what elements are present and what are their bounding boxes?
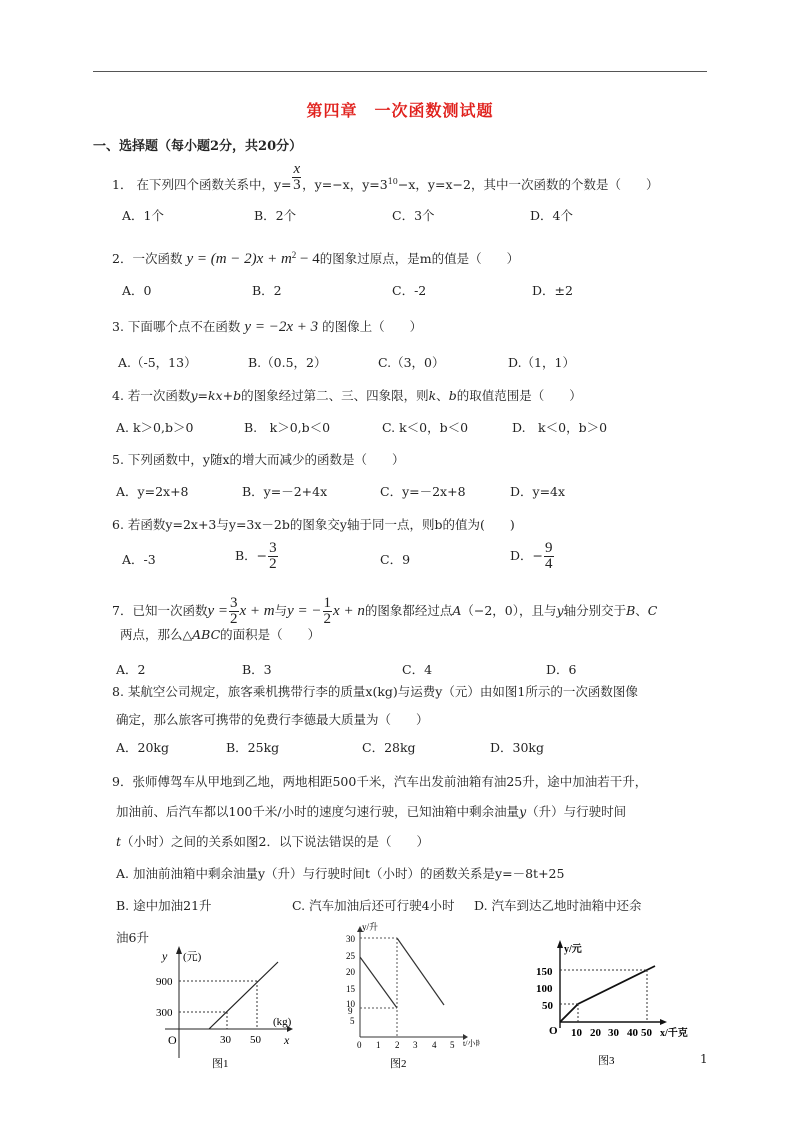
question-text: 的面积是（ ）	[220, 627, 320, 642]
question-text: 的取值范围是（ ）	[457, 388, 582, 403]
option-b[interactable]: B．3	[242, 662, 272, 678]
option-d[interactable]: D．6	[546, 662, 576, 678]
question-9: 9．张师傅驾车从甲地到乙地，两地相距500千米，汽车出发前油箱有油25升，途中加…	[112, 774, 647, 790]
y-tick: 15	[346, 984, 356, 994]
question-text: 若函数y=2x+3与y=3x－2b的图象交y轴于同一点，则b的值为( )	[128, 517, 515, 532]
option-d[interactable]: D．4个	[530, 208, 573, 224]
x-tick: 1	[376, 1040, 381, 1050]
question-number: 4.	[112, 388, 124, 403]
question-text: （−2，0），且与	[461, 603, 556, 618]
x-tick: 5	[450, 1040, 455, 1050]
option-b[interactable]: B．2个	[254, 208, 296, 224]
question-6: 6. 若函数y=2x+3与y=3x－2b的图象交y轴于同一点，则b的值为( )	[112, 517, 515, 533]
question-text: 一次函数	[132, 251, 182, 266]
variable: y	[557, 603, 564, 618]
page-number: 1	[700, 1052, 708, 1066]
question-5: 5. 下列函数中，y随x的增大而减少的函数是（ ）	[112, 452, 405, 468]
option-c[interactable]: C. 汽车加油后还可行驶4小时	[292, 898, 455, 914]
y-tick: 30	[346, 934, 356, 944]
question-number: 6.	[112, 517, 124, 532]
option-a[interactable]: A．-3	[122, 552, 156, 568]
figure-1-chart: y (元) 900 300 O 30 50 (kg) x 图1	[140, 940, 310, 1070]
y-tick: 25	[346, 951, 356, 961]
option-b[interactable]: B. k＞0,b＜0	[244, 420, 330, 436]
option-d[interactable]: D．±2	[532, 283, 573, 299]
variable: B	[626, 603, 635, 618]
question-number: 9．	[112, 774, 132, 789]
formula: y = (m − 2)x + m	[186, 251, 291, 267]
option-a[interactable]: A.（-5，13）	[118, 355, 197, 371]
x-axis-label: x/千克	[660, 1026, 688, 1039]
numerator: 9	[544, 541, 554, 557]
question-number: 7．	[112, 603, 132, 618]
fraction: 12	[323, 596, 333, 627]
question-9-line2: 加油前、后汽车都以100千米/小时的速度匀速行驶，已知油箱中剩余油量y（升）与行…	[116, 804, 626, 820]
variable: ABC	[192, 627, 220, 642]
formula: y = −2x + 3	[244, 319, 318, 335]
option-label: B．−	[235, 548, 267, 563]
variable: b	[449, 388, 457, 403]
option-b[interactable]: B．2	[252, 283, 282, 299]
x-axis-label: x	[283, 1033, 290, 1047]
option-d[interactable]: D. k＜0，b＞0	[512, 420, 607, 436]
option-b[interactable]: B. 途中加油21升	[116, 898, 212, 914]
option-c[interactable]: C．9	[380, 552, 410, 568]
option-a[interactable]: A. 加油前油箱中剩余油量y（升）与行驶时间t（小时）的函数关系是y=－8t+2…	[116, 866, 564, 882]
option-c[interactable]: C. k＜0，b＜0	[382, 420, 468, 436]
y-tick: 300	[156, 1007, 173, 1019]
y-tick: 20	[346, 967, 356, 977]
question-text: 的图像上（ ）	[322, 319, 422, 334]
denominator: 2	[268, 557, 278, 572]
question-text: 下列函数中，y随x的增大而减少的函数是（ ）	[128, 452, 405, 467]
question-text: （升）与行驶时间	[526, 804, 626, 819]
x-axis-label: t/小时	[463, 1038, 480, 1048]
x-tick: 10	[571, 1027, 583, 1039]
question-text: 已知一次函数	[132, 603, 207, 618]
formula: y=kx+b	[190, 388, 241, 403]
exponent: 10	[388, 177, 398, 186]
y-tick: 100	[536, 983, 553, 995]
question-number: 5.	[112, 452, 124, 467]
question-8: 8. 某航空公司规定，旅客乘机携带行李的质量x(kg)与运费y（元）由如图1所示…	[112, 684, 638, 700]
question-text: 的图象过原点，是m的值是（ ）	[320, 251, 519, 266]
figure-caption: 图1	[212, 1057, 229, 1070]
y-axis-unit: (元)	[183, 950, 202, 963]
question-7: 7．已知一次函数y =32x + m与y = −12x + n的图象都经过点A（…	[112, 596, 657, 627]
question-text: 在下列四个函数关系中，y=	[136, 177, 291, 192]
denominator: 2	[323, 612, 333, 627]
x-axis-unit: (kg)	[273, 1016, 292, 1028]
y-tick: 50	[542, 1000, 554, 1012]
denominator: 4	[544, 557, 554, 572]
fraction: 32	[229, 596, 239, 627]
formula: y = −	[287, 603, 321, 619]
question-9-line3: t（小时）之间的关系如图2．以下说法错误的是（ ）	[116, 834, 429, 850]
option-b[interactable]: B．y=－2+4x	[242, 484, 327, 500]
option-d[interactable]: D．y=4x	[510, 484, 565, 500]
option-a[interactable]: A．0	[122, 283, 151, 299]
header-rule	[93, 71, 707, 72]
option-c[interactable]: C．-2	[392, 283, 426, 299]
option-d[interactable]: D.（1，1）	[508, 355, 575, 371]
numerator: 3	[229, 596, 239, 612]
fraction: 94	[544, 541, 554, 572]
x-tick: 50	[641, 1027, 653, 1039]
x-tick: 20	[590, 1027, 602, 1039]
y-axis-label: y/升	[362, 921, 378, 932]
option-b[interactable]: B.（0.5，2）	[248, 355, 327, 371]
question-7-line2: 两点，那么△ABC的面积是（ ）	[120, 627, 320, 643]
formula: x + n	[333, 603, 365, 619]
question-text: 、	[635, 603, 648, 618]
question-3: 3. 下面哪个点不在函数 y = −2x + 3 的图像上（ ）	[112, 319, 422, 335]
question-text: −x，y=x−2，其中一次函数的个数是（ ）	[398, 177, 659, 192]
y-tick: 900	[156, 976, 173, 988]
option-d[interactable]: D. 汽车到达乙地时油箱中还余	[474, 898, 642, 914]
question-text: ，y=−x，y=3	[302, 177, 388, 192]
x-tick: 3	[413, 1040, 418, 1050]
formula: − 4	[296, 251, 319, 267]
option-b[interactable]: B．25kg	[226, 740, 279, 756]
option-d[interactable]: D．30kg	[490, 740, 544, 756]
x-tick: 50	[250, 1034, 262, 1046]
option-b[interactable]: B．−32	[235, 541, 279, 572]
page-title: 第四章 一次函数测试题	[0, 98, 800, 121]
option-a[interactable]: A．1个	[122, 208, 164, 224]
question-8-line2: 确定，那么旅客可携带的免费行李德最大质量为（ ）	[116, 712, 429, 728]
option-a[interactable]: A. k＞0,b＞0	[116, 420, 193, 436]
option-c[interactable]: C．4	[402, 662, 432, 678]
question-number: 3.	[112, 319, 124, 334]
numerator: x	[293, 161, 300, 177]
formula: x + m	[240, 603, 275, 619]
question-text: 的图象经过第二、三、四象限，则	[241, 388, 429, 403]
question-text: 加油前、后汽车都以100千米/小时的速度匀速行驶，已知油箱中剩余油量	[116, 804, 519, 819]
figure-3-chart: y/元 150 100 50 O 10 20 30 40 50 x/千克 图3	[520, 930, 710, 1075]
option-c[interactable]: C.（3，0）	[378, 355, 445, 371]
question-text: 、	[436, 388, 449, 403]
variable: C	[648, 603, 658, 618]
option-c[interactable]: C．3个	[392, 208, 435, 224]
numerator: 1	[323, 596, 333, 612]
option-a[interactable]: A．y=2x+8	[116, 484, 189, 500]
x-tick: 30	[220, 1034, 232, 1046]
question-text: （小时）之间的关系如图2．以下说法错误的是（ ）	[121, 834, 429, 849]
figure-caption: 图3	[598, 1054, 615, 1067]
y-tick: 5	[350, 1016, 355, 1026]
question-text: 张师傅驾车从甲地到乙地，两地相距500千米，汽车出发前油箱有油25升，途中加油若…	[132, 774, 647, 789]
x-tick: 0	[357, 1040, 362, 1050]
y-tick: 150	[536, 966, 553, 978]
question-1: 1． 在下列四个函数关系中，y=x3，y=−x，y=310−x，y=x−2，其中…	[112, 174, 658, 193]
formula: y =	[207, 603, 228, 619]
question-2: 2．一次函数 y = (m − 2)x + m2 − 4的图象过原点，是m的值是…	[112, 247, 519, 267]
denominator: 3	[292, 178, 301, 193]
option-a[interactable]: A．20kg	[116, 740, 169, 756]
question-text: 某航空公司规定，旅客乘机携带行李的质量x(kg)与运费y（元）由如图1所示的一次…	[128, 684, 638, 699]
numerator: 3	[268, 541, 278, 557]
fraction: 32	[268, 541, 278, 572]
question-number: 8.	[112, 684, 124, 699]
question-text: 与	[275, 603, 288, 618]
question-text: 的图象都经过点	[365, 603, 453, 618]
y-axis-label: y	[161, 949, 168, 963]
option-c[interactable]: C．28kg	[362, 740, 416, 756]
question-text: 下面哪个点不在函数	[128, 319, 241, 334]
origin-label: O	[168, 1033, 177, 1047]
option-c[interactable]: C．y=－2x+8	[380, 484, 466, 500]
question-number: 1．	[112, 177, 132, 192]
denominator: 2	[229, 612, 239, 627]
origin-label: O	[549, 1025, 558, 1037]
option-a[interactable]: A．2	[116, 662, 145, 678]
question-text: 两点，那么△	[120, 627, 192, 642]
option-label: D．−	[510, 548, 543, 563]
y-tick: 9	[348, 1006, 353, 1016]
figure-caption: 图2	[390, 1057, 407, 1070]
fraction: x3	[292, 162, 301, 193]
question-4: 4. 若一次函数y=kx+b的图象经过第二、三、四象限，则k、b的取值范围是（ …	[112, 388, 582, 404]
y-axis-label: y/元	[564, 942, 582, 955]
question-number: 2．	[112, 251, 132, 266]
question-text: 轴分别交于	[564, 603, 627, 618]
section-heading: 一、选择题（每小题2分，共20分）	[93, 135, 302, 154]
x-tick: 4	[432, 1040, 437, 1050]
question-text: 若一次函数	[128, 388, 191, 403]
x-tick: 40	[627, 1027, 639, 1039]
option-d[interactable]: D．−94	[510, 541, 555, 572]
figure-2-chart: y/升 30 25 20 15 10 9 5 0 1 2 3 4 5 t/小时 …	[330, 920, 480, 1070]
x-tick: 30	[608, 1027, 620, 1039]
x-tick: 2	[395, 1040, 400, 1050]
